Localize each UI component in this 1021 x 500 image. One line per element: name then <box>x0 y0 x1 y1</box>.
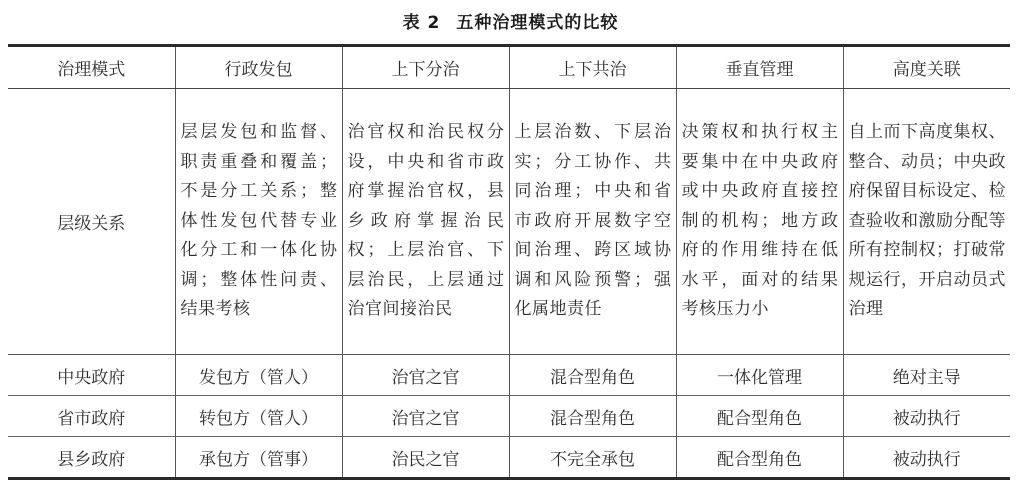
table-cell: 绝对主导 <box>843 355 1010 396</box>
table-cell: 一体化管理 <box>676 355 843 396</box>
cell-text: 层层发包和监督、职责重叠和覆盖；不是分工关系；整体性发包代替专业化分工和一体化协… <box>176 114 342 329</box>
cell-text: 自上而下高度集权、整合、动员；中央政府保留目标设定、检查验收和激励分配等所有控制… <box>844 114 1011 329</box>
table-row-county-government: 县乡政府 承包方（管事） 治民之官 不完全承包 配合型角色 被动执行 <box>8 437 1010 479</box>
cell-text: 决策权和执行权主要集中在中央政府或中央政府直接控制的机构；地方政府的作用维持在低… <box>677 114 843 329</box>
table-cell: 被动执行 <box>843 437 1010 479</box>
table-cell: 不完全承包 <box>509 437 676 479</box>
table-cell: 混合型角色 <box>509 355 676 396</box>
header-vertical-management: 垂直管理 <box>676 46 843 89</box>
table-cell: 发包方（管人） <box>175 355 342 396</box>
table-row-provincial-government: 省市政府 转包方（管人） 治官之官 混合型角色 配合型角色 被动执行 <box>8 396 1010 437</box>
header-row: 治理模式 行政发包 上下分治 上下共治 垂直管理 高度关联 <box>8 46 1010 89</box>
header-administrative-contracting: 行政发包 <box>175 46 342 89</box>
table-number: 表 2 <box>403 13 441 33</box>
table-cell: 决策权和执行权主要集中在中央政府或中央政府直接控制的机构；地方政府的作用维持在低… <box>676 89 843 355</box>
table-cell: 上层治数、下层治实；分工协作、共同治理；中央和省市政府开展数字空间治理、跨区域协… <box>509 89 676 355</box>
row-label: 中央政府 <box>8 355 175 396</box>
table-row-central-government: 中央政府 发包方（管人） 治官之官 混合型角色 一体化管理 绝对主导 <box>8 355 1010 396</box>
table-title: 五种治理模式的比较 <box>456 13 618 33</box>
table-cell: 承包方（管事） <box>175 437 342 479</box>
table-cell: 混合型角色 <box>509 396 676 437</box>
table-cell: 治民之官 <box>342 437 509 479</box>
header-governance-mode: 治理模式 <box>8 46 175 89</box>
cell-text: 上层治数、下层治实；分工协作、共同治理；中央和省市政府开展数字空间治理、跨区域协… <box>510 114 676 329</box>
table-cell: 层层发包和监督、职责重叠和覆盖；不是分工关系；整体性发包代替专业化分工和一体化协… <box>175 89 342 355</box>
header-high-association: 高度关联 <box>843 46 1010 89</box>
table-cell: 转包方（管人） <box>175 396 342 437</box>
table-cell: 配合型角色 <box>676 396 843 437</box>
table-cell: 自上而下高度集权、整合、动员；中央政府保留目标设定、检查验收和激励分配等所有控制… <box>843 89 1010 355</box>
table-cell: 配合型角色 <box>676 437 843 479</box>
cell-text: 治官权和治民权分设，中央和省市政府掌握治官权，县乡政府掌握治民权；上层治官、下层… <box>343 114 509 329</box>
table-cell: 被动执行 <box>843 396 1010 437</box>
row-label: 省市政府 <box>8 396 175 437</box>
table-cell: 治官权和治民权分设，中央和省市政府掌握治官权，县乡政府掌握治民权；上层治官、下层… <box>342 89 509 355</box>
table-caption: 表 2五种治理模式的比较 <box>0 8 1021 33</box>
comparison-table: 治理模式 行政发包 上下分治 上下共治 垂直管理 高度关联 层级关系 层层发包和… <box>8 44 1010 480</box>
row-label: 县乡政府 <box>8 437 175 479</box>
table-cell: 治官之官 <box>342 396 509 437</box>
row-label: 层级关系 <box>8 89 175 355</box>
header-separated-governance: 上下分治 <box>342 46 509 89</box>
table-row-hierarchy: 层级关系 层层发包和监督、职责重叠和覆盖；不是分工关系；整体性发包代替专业化分工… <box>8 89 1010 355</box>
header-co-governance: 上下共治 <box>509 46 676 89</box>
table-cell: 治官之官 <box>342 355 509 396</box>
